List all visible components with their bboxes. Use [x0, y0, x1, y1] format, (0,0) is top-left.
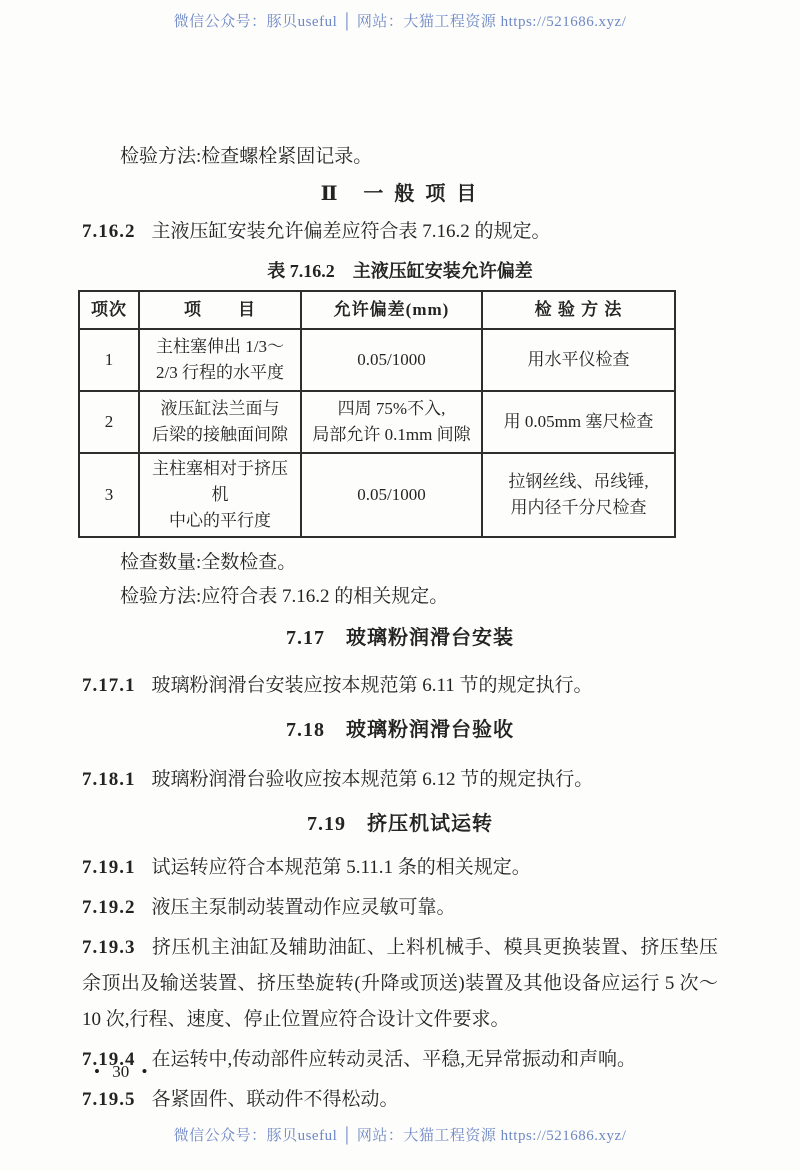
row-1-item: 主柱塞伸出 1/3～ 2/3 行程的水平度	[139, 329, 301, 391]
row-3-item: 主柱塞相对于挤压机 中心的平行度	[139, 453, 301, 537]
watermark-top: 微信公众号：豚贝useful │ 网站：大猫工程资源 https://52168…	[0, 10, 800, 31]
heading-7-17: 7.17 玻璃粉润滑台安装	[82, 622, 718, 654]
clause-7-16-2: 7.16.2主液压缸安装允许偏差应符合表 7.16.2 的规定。	[82, 214, 718, 250]
watermark-bottom: 微信公众号：豚贝useful │ 网站：大猫工程资源 https://52168…	[0, 1124, 800, 1145]
row-2-tolerance: 四周 75%不入, 局部允许 0.1mm 间隙	[301, 391, 482, 453]
clause-text: 玻璃粉润滑台安装应按本规范第 6.11 节的规定执行。	[152, 675, 593, 696]
clause-text: 试运转应符合本规范第 5.11.1 条的相关规定。	[152, 857, 531, 878]
header-tolerance: 允许偏差(mm)	[301, 291, 482, 329]
heading-7-19: 7.19 挤压机试运转	[82, 808, 718, 840]
general-items-heading: Ⅱ 一 般 项 目	[82, 178, 718, 210]
clause-number: 7.19.5	[82, 1089, 136, 1110]
clause-text: 主液压缸安装允许偏差应符合表 7.16.2 的规定。	[152, 221, 551, 242]
check-method-note: 检验方法:应符合表 7.16.2 的相关规定。	[82, 580, 718, 614]
row-2-no: 2	[79, 391, 139, 453]
row-3-method: 拉钢丝线、吊线锤, 用内径千分尺检查	[482, 453, 675, 537]
tolerance-table: 项次 项 目 允许偏差(mm) 检 验 方 法 1 主柱塞伸出 1/3～ 2/3…	[78, 290, 676, 538]
page-content: 检验方法:检查螺栓紧固记录。 Ⅱ 一 般 项 目 7.16.2主液压缸安装允许偏…	[82, 140, 718, 1118]
table-header-row: 项次 项 目 允许偏差(mm) 检 验 方 法	[79, 291, 675, 329]
clause-number: 7.19.2	[82, 897, 136, 918]
clause-7-19-5: 7.19.5各紧固件、联动件不得松动。	[82, 1082, 718, 1118]
row-3-no: 3	[79, 453, 139, 537]
header-item: 项 目	[139, 291, 301, 329]
row-1-method: 用水平仪检查	[482, 329, 675, 391]
row-2-method: 用 0.05mm 塞尺检查	[482, 391, 675, 453]
clause-number: 7.17.1	[82, 675, 136, 696]
row-1-tolerance: 0.05/1000	[301, 329, 482, 391]
check-quantity-note: 检查数量:全数检查。	[82, 546, 718, 580]
inspection-method-note: 检验方法:检查螺栓紧固记录。	[82, 140, 718, 174]
clause-7-17-1: 7.17.1玻璃粉润滑台安装应按本规范第 6.11 节的规定执行。	[82, 668, 718, 704]
clause-7-19-1: 7.19.1试运转应符合本规范第 5.11.1 条的相关规定。	[82, 850, 718, 886]
clause-7-19-4: 7.19.4在运转中,传动部件应转动灵活、平稳,无异常振动和声响。	[82, 1042, 718, 1078]
header-item-no: 项次	[79, 291, 139, 329]
table-row: 3 主柱塞相对于挤压机 中心的平行度 0.05/1000 拉钢丝线、吊线锤, 用…	[79, 453, 675, 537]
heading-7-18: 7.18 玻璃粉润滑台验收	[82, 714, 718, 746]
clause-number: 7.19.1	[82, 857, 136, 878]
row-2-item: 液压缸法兰面与 后梁的接触面间隙	[139, 391, 301, 453]
clause-number: 7.16.2	[82, 221, 136, 242]
row-1-no: 1	[79, 329, 139, 391]
clause-text: 液压主泵制动装置动作应灵敏可靠。	[152, 897, 456, 918]
row-3-tolerance: 0.05/1000	[301, 453, 482, 537]
table-row: 1 主柱塞伸出 1/3～ 2/3 行程的水平度 0.05/1000 用水平仪检查	[79, 329, 675, 391]
clause-7-19-2: 7.19.2液压主泵制动装置动作应灵敏可靠。	[82, 890, 718, 926]
clause-text: 各紧固件、联动件不得松动。	[152, 1089, 399, 1110]
clause-text: 在运转中,传动部件应转动灵活、平稳,无异常振动和声响。	[152, 1049, 637, 1070]
page-number: • 30 •	[94, 1062, 147, 1082]
table-title: 表 7.16.2 主液压缸安装允许偏差	[82, 258, 718, 284]
clause-number: 7.19.3	[82, 937, 136, 958]
clause-text: 玻璃粉润滑台验收应按本规范第 6.12 节的规定执行。	[152, 769, 594, 790]
clause-number: 7.18.1	[82, 769, 136, 790]
header-method: 检 验 方 法	[482, 291, 675, 329]
clause-text: 挤压机主油缸及辅助油缸、上料机械手、模具更换装置、挤压垫压余顶出及输送装置、挤压…	[82, 937, 718, 1030]
clause-7-19-3: 7.19.3挤压机主油缸及辅助油缸、上料机械手、模具更换装置、挤压垫压余顶出及输…	[82, 930, 718, 1038]
table-row: 2 液压缸法兰面与 后梁的接触面间隙 四周 75%不入, 局部允许 0.1mm …	[79, 391, 675, 453]
clause-7-18-1: 7.18.1玻璃粉润滑台验收应按本规范第 6.12 节的规定执行。	[82, 762, 718, 798]
document-page: 微信公众号：豚贝useful │ 网站：大猫工程资源 https://52168…	[0, 0, 800, 1171]
